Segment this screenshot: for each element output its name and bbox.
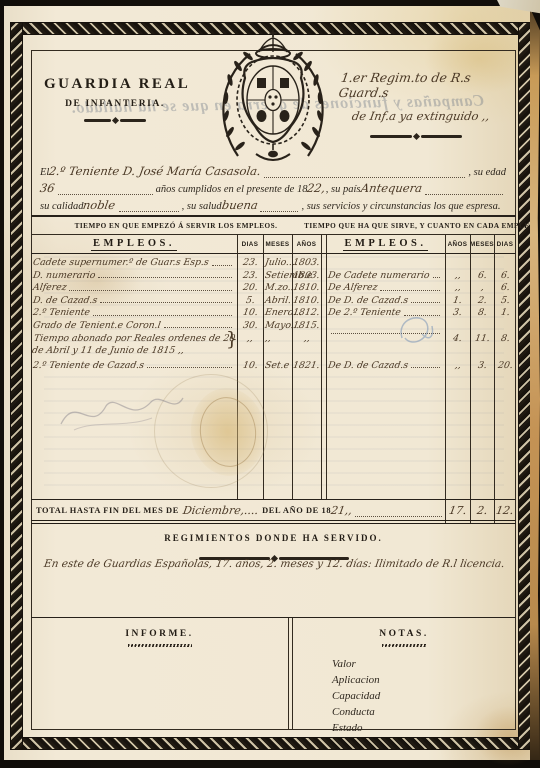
squiggle-rule [382,644,426,647]
table-row: Cadete supernumer.º de Guar.s Esp.s 23. … [31,257,516,270]
dotted-leader [119,211,179,212]
total-meses: 2. [476,504,489,517]
unit-line-2: de Inf.a ya extinguido ,, [351,109,491,123]
ornate-border-left [10,22,23,750]
empleo-entry: 2.º Teniente [32,307,91,319]
dia-value: 10. [242,307,259,319]
meses-value: 2. [477,295,488,307]
empleo-duration-entry: De Alferez [327,282,378,294]
ano-value: 1812. [292,307,320,319]
ano-value: ,, [303,333,311,345]
empleo-entry: Alferez [32,282,67,294]
printed-text: años cumplidos en el presente de 18 [156,184,308,195]
empleo-duration-entry: De Cadete numerario [327,270,430,282]
right-section-title: TIEMPO QUE HA QUE SIRVE, Y CUANTO EN CAD… [326,217,516,234]
col-meses-right: MESES [470,235,494,253]
empleo-duration-entry [328,333,329,337]
center-rule [326,234,327,499]
dias-value: 1. [500,307,511,319]
dia-value: 23. [242,270,259,282]
service-intro-paragraph: El 2.º Teniente D. José María Casasola. … [40,164,506,215]
dia-value: 5. [245,295,256,307]
total-year: 21,, [330,504,353,517]
informe-column: INFORME. [31,618,288,730]
printed-text: , su país [326,184,361,195]
column-rule [263,234,264,499]
table-row: 2.º Teniente 10. Enero... 1812. De 2.º T… [31,307,516,320]
empleo-entry: 2.º Teniente de Cazad.s [32,360,145,372]
table-row: Grado de Tenient.e Coron.l 30. Mayo... 1… [31,320,516,333]
printed-text: , sus servicios y circunstancias los que… [301,201,500,212]
anos-value: 3. [452,307,463,319]
table-column-headers: EMPLEOS. DIAS MESES AÑOS EMPLEOS. AÑOS M… [31,235,516,254]
ano-value: 1815. [292,320,320,332]
squiggle-rule [128,644,192,647]
col-anos-right: AÑOS [445,235,470,253]
informe-title: INFORME. [31,629,288,639]
col-dias-left: DIAS [237,235,263,253]
scan-background: Campañas y funciones de guerra en que se… [0,0,540,768]
mes-value: Set.e [264,360,290,372]
table-row: D. numerario 23. Setiemb.e 1803. De Cade… [31,270,516,283]
anos-value: ,, [454,282,462,294]
unit-line-1: 1.er Regim.to de R.s Guard.s [338,70,515,100]
pencil-mark [390,306,440,356]
meses-value: , [480,282,485,294]
org-title-block: GUARDIA REAL DE INFANTERIA. [44,76,186,123]
column-rule [494,234,495,524]
dia-value: 20. [242,282,259,294]
dotted-leader [260,211,298,212]
empleo-duration-entry: De D. de Cazad.s [327,295,409,307]
unit-annotation: 1.er Regim.to de R.s Guard.s de Inf.a ya… [340,70,512,139]
ano-value: 1821. [292,360,320,372]
dias-value: 6. [500,282,511,294]
notas-column: NOTAS. Valor Aplicacion Capacidad Conduc… [292,618,516,730]
total-label: TOTAL HASTA FIN DEL MES DE [36,506,179,515]
signature-bleedthrough [56,384,188,436]
dotted-leader [58,194,153,195]
ano-value: 1810. [292,295,320,307]
intro-line-2: 36 años cumplidos en el presente de 18 2… [40,181,506,198]
health-status: buena [221,198,259,212]
nota-item-capacidad: Capacidad [332,688,516,704]
ano-value: 1810. [292,282,320,294]
ano-value: 1803. [292,270,320,282]
ano-value: 1803. [292,257,320,269]
birthplace: Antequera [359,181,422,195]
mes-value: ,, [264,333,272,345]
table-row: Alferez 20. M.zo... 1810. De Alferez ,, … [31,282,516,295]
printed-text: , su edad [468,167,506,178]
total-month: Diciembre,.... [182,504,259,517]
dia-value: 30. [242,320,259,332]
regiments-entry: En este de Guardias Españolas, 17. años,… [44,558,509,570]
table-row: D. de Cazad.s 5. Abril. 1810. De D. de C… [31,295,516,308]
dia-value: ,, [246,333,254,345]
ornate-border-right [518,22,531,750]
anos-value: 1. [452,295,463,307]
notas-title: NOTAS. [292,629,516,639]
total-label-mid: DEL AÑO DE 18 [262,506,331,515]
coat-of-arms-icon [200,28,346,168]
dotted-leader [355,516,442,517]
regiments-section-title: REGIMIENTOS DONDE HA SERVIDO. [31,533,516,543]
col-empleos-left: EMPLEOS. [91,238,177,251]
dotted-leader [425,194,503,195]
dias-value: 20. [497,360,514,372]
empleo-entry: D. de Cazad.s [32,295,98,307]
empleo-entry: Tiempo abonado por Reales ordenes de 20 … [31,333,237,356]
meses-value: 8. [477,307,488,319]
col-meses-left: MESES [263,235,292,253]
ornate-border-bottom [10,737,531,750]
document-page: Campañas y funciones de guerra en que se… [4,6,532,760]
empleo-duration-entry: De D. de Cazad.s [327,360,409,372]
anos-value: 4. [452,333,463,345]
table-body: Cadete supernumer.º de Guar.s Esp.s 23. … [31,254,516,501]
officer-age: 36 [39,181,56,195]
col-anos-left: AÑOS [292,235,321,253]
meses-value: 6. [477,270,488,282]
dias-value: 5. [500,295,511,307]
nota-item-aplicacion: Aplicacion [332,672,516,688]
printed-text: , su salud [182,201,222,212]
dias-value: 8. [500,333,511,345]
anos-value: ,, [454,360,462,372]
social-status: noble [82,198,116,212]
anos-value: ,, [454,270,462,282]
col-empleos-right: EMPLEOS. [343,238,429,251]
left-section-title: TIEMPO EN QUE EMPEZÓ Á SERVIR LOS EMPLEO… [31,217,321,234]
regiments-entry-text: En este de Guardias Españolas, 17. años,… [43,558,505,570]
empleo-entry: Cadete supernumer.º de Guar.s Esp.s [32,257,209,269]
curled-page-edge [530,8,540,760]
dia-value: 23. [242,257,259,269]
intro-line-3: su calidad noble , su salud buena , sus … [40,198,506,215]
dias-value: 6. [500,270,511,282]
table-row: 2.º Teniente de Cazad.s 10. Set.e 1821. … [31,360,516,373]
dia-value: 10. [242,360,259,372]
nota-item-estado: Estado [332,720,516,736]
table-row-abono: Tiempo abonado por Reales ordenes de 20 … [31,333,516,360]
notas-list: Valor Aplicacion Capacidad Conducta Esta… [332,656,516,736]
column-rule [292,234,293,499]
empleo-entry: D. numerario [32,270,96,282]
dotted-leader [264,177,465,178]
org-branch: DE INFANTERIA. [44,99,186,109]
record-year: 22, [306,181,327,195]
ornament-rule [370,134,462,139]
table-section-titles: TIEMPO EN QUE EMPEZÓ Á SERVIR LOS EMPLEO… [31,217,516,235]
meses-value: 11. [474,333,491,345]
column-rule [445,234,446,524]
intro-line-1: El 2.º Teniente D. José María Casasola. … [40,164,506,181]
printed-text: su calidad [40,201,83,212]
column-rule [470,234,471,524]
total-dias: 12. [495,504,515,517]
nota-item-valor: Valor [332,656,516,672]
total-anos: 17. [448,504,468,517]
officer-name: 2.º Teniente D. José María Casasola. [48,164,262,178]
service-record-table: TIEMPO EN QUE EMPEZÓ Á SERVIR LOS EMPLEO… [31,215,516,524]
col-dias-right: DIAS [494,235,516,253]
total-row: TOTAL HASTA FIN DEL MES DE Diciembre,...… [31,499,516,524]
meses-value: 3. [477,360,488,372]
empleo-entry: Grado de Tenient.e Coron.l [32,320,161,332]
mes-value: Abril. [264,295,292,307]
footer-section: INFORME. NOTAS. Valor Aplicacion Capacid… [31,617,516,730]
ornament-rule [84,118,146,123]
center-rule [321,234,322,499]
nota-item-conducta: Conducta [332,704,516,720]
org-name: GUARDIA REAL [44,76,186,93]
